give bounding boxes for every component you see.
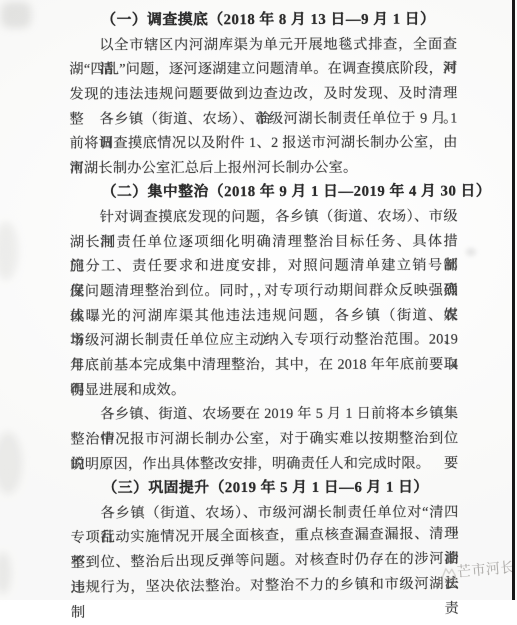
section-heading: （二）集中整治（2018 年 9 月 1 日—2019 年 4 月 30 日） bbox=[70, 180, 458, 206]
text-line: 不到位、整治后出现反弹等问题。对核查时仍存在的涉河湖违法 bbox=[71, 547, 459, 576]
section-heading: （三）巩固提升（2019 年 5 月 1 日—6 月 1 日） bbox=[70, 476, 458, 502]
text-line: 违规行为，坚决依法整治。对整治不力的乡镇和市级河湖长制责 bbox=[71, 571, 459, 600]
scanned-document-page: （一）调查摸底（2018 年 8 月 13 日—9 月 1 日）以全市辖区内河湖… bbox=[0, 0, 517, 600]
text-line: 各乡镇（街道、农场）、市级河湖长制责任单位于 9 月 1 日 bbox=[69, 106, 457, 132]
text-line: 针对调查摸底发现的问题，各乡镇（街道、农场）、市级河 bbox=[70, 205, 458, 231]
text-line: 门分工、责任要求和进度安排，对照问题清单建立销号制度，确 bbox=[70, 254, 458, 280]
text-line: 整治情况报市河湖长制办公室，对于确实难以按期整治到位的要 bbox=[70, 426, 458, 452]
scan-artifact bbox=[0, 552, 11, 594]
text-line: 说明原因，作出具体整改安排，明确责任人和完成时限。 bbox=[70, 451, 458, 477]
text-line: 明显进展和成效。 bbox=[70, 377, 458, 403]
text-line: 市级河湖长制责任单位应主动纳入专项行动整治范围。2019 年 4 bbox=[70, 328, 458, 354]
text-line: 保问题清理整治到位。同时，对专项行动期间群众反映强烈或媒 bbox=[70, 279, 458, 305]
watermark-logo-icon bbox=[439, 564, 457, 581]
text-line: 体曝光的河湖库渠其他违法违规问题，各乡镇（街道、农场）、 bbox=[70, 303, 458, 329]
scan-artifact bbox=[466, 248, 476, 256]
text-line: 各乡镇、街道、农场要在 2019 年 5 月 1 日前将本乡镇集中 bbox=[70, 402, 458, 428]
text-line: 湖长制责任单位逐项细化明确清理整治目标任务、具体措施、部 bbox=[70, 229, 458, 255]
text-line: 发现的违法违规问题要做到边查边改，及时发现、及时清理整治。 bbox=[69, 81, 457, 107]
watermark-text: 芒市河长 bbox=[456, 557, 516, 582]
text-line: 河湖长制办公室汇总后上报州河长制办公室。 bbox=[70, 155, 458, 181]
document-body: （一）调查摸底（2018 年 8 月 13 日—9 月 1 日）以全市辖区内河湖… bbox=[69, 7, 459, 599]
scan-artifact bbox=[1, 2, 31, 28]
scan-artifact bbox=[0, 222, 18, 280]
text-line: 以全市辖区内河湖库渠为单元开展地毯式排查，全面查清河 bbox=[69, 32, 457, 58]
text-line: 月底前基本完成集中清理整治，其中，在 2018 年年底前要取得 bbox=[70, 352, 458, 378]
text-line: 湖“四乱”问题，逐河逐湖建立问题清单。在调查摸底阶段，对 bbox=[69, 57, 457, 83]
section-heading: （一）调查摸底（2018 年 8 月 13 日—9 月 1 日） bbox=[69, 7, 457, 33]
text-line: 前将调查摸底情况以及附件 1、2 报送市河湖长制办公室，由市 bbox=[70, 131, 458, 157]
scan-artifact bbox=[0, 432, 22, 494]
photo-edge-line bbox=[512, 0, 515, 600]
